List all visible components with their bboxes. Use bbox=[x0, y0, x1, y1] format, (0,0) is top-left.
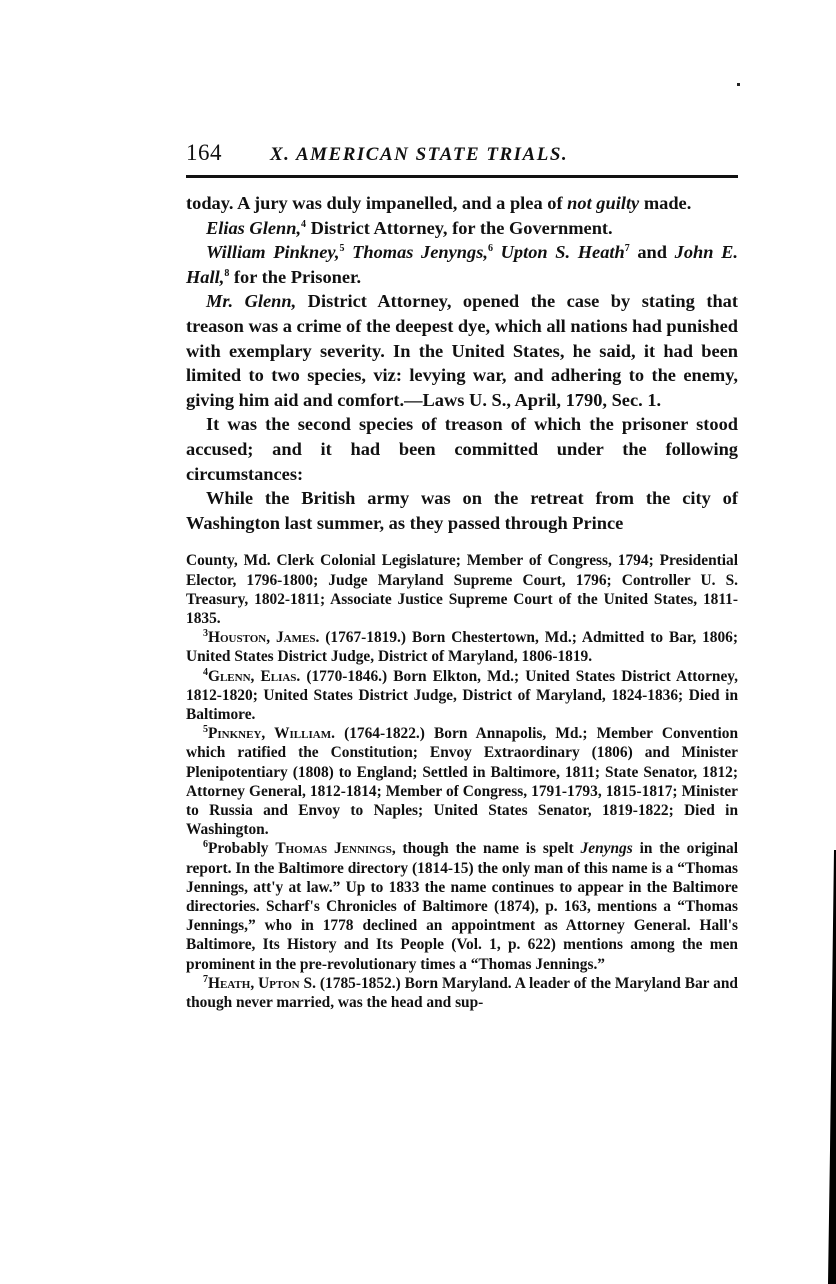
footnote-4: 4Glenn, Elias. (1770-1846.) Born Elkton,… bbox=[186, 667, 738, 725]
footnote-5: 5Pinkney, William. (1764-1822.) Born Ann… bbox=[186, 724, 738, 839]
paragraph-defense-counsel: William Pinkney,5 Thomas Jenyngs,6 Upton… bbox=[186, 240, 738, 289]
paragraph-jury: today. A jury was duly impanelled, and a… bbox=[186, 191, 738, 216]
footnote-3: 3Houston, James. (1767-1819.) Born Chest… bbox=[186, 628, 738, 666]
book-page: 164 X. AMERICAN STATE TRIALS. today. A j… bbox=[186, 140, 738, 1012]
scan-page-edge bbox=[826, 850, 836, 1284]
footnote-6: 6Probably Thomas Jennings, though the na… bbox=[186, 839, 738, 973]
scan-speck bbox=[737, 83, 740, 86]
paragraph-british-army: While the British army was on the retrea… bbox=[186, 486, 738, 535]
footnote-continued: County, Md. Clerk Colonial Legislature; … bbox=[186, 551, 738, 628]
footnotes: County, Md. Clerk Colonial Legislature; … bbox=[186, 551, 738, 1012]
running-title: X. AMERICAN STATE TRIALS. bbox=[270, 144, 568, 166]
paragraph-second-species: It was the second species of treason of … bbox=[186, 412, 738, 486]
page-number: 164 bbox=[186, 140, 270, 166]
paragraph-opening-statement: Mr. Glenn, District Attorney, opened the… bbox=[186, 289, 738, 412]
main-text: today. A jury was duly impanelled, and a… bbox=[186, 191, 738, 535]
paragraph-prosecution-counsel: Elias Glenn,4 District Attorney, for the… bbox=[186, 216, 738, 241]
running-header: 164 X. AMERICAN STATE TRIALS. bbox=[186, 140, 738, 178]
footnote-7: 7Heath, Upton S. (1785-1852.) Born Maryl… bbox=[186, 974, 738, 1012]
